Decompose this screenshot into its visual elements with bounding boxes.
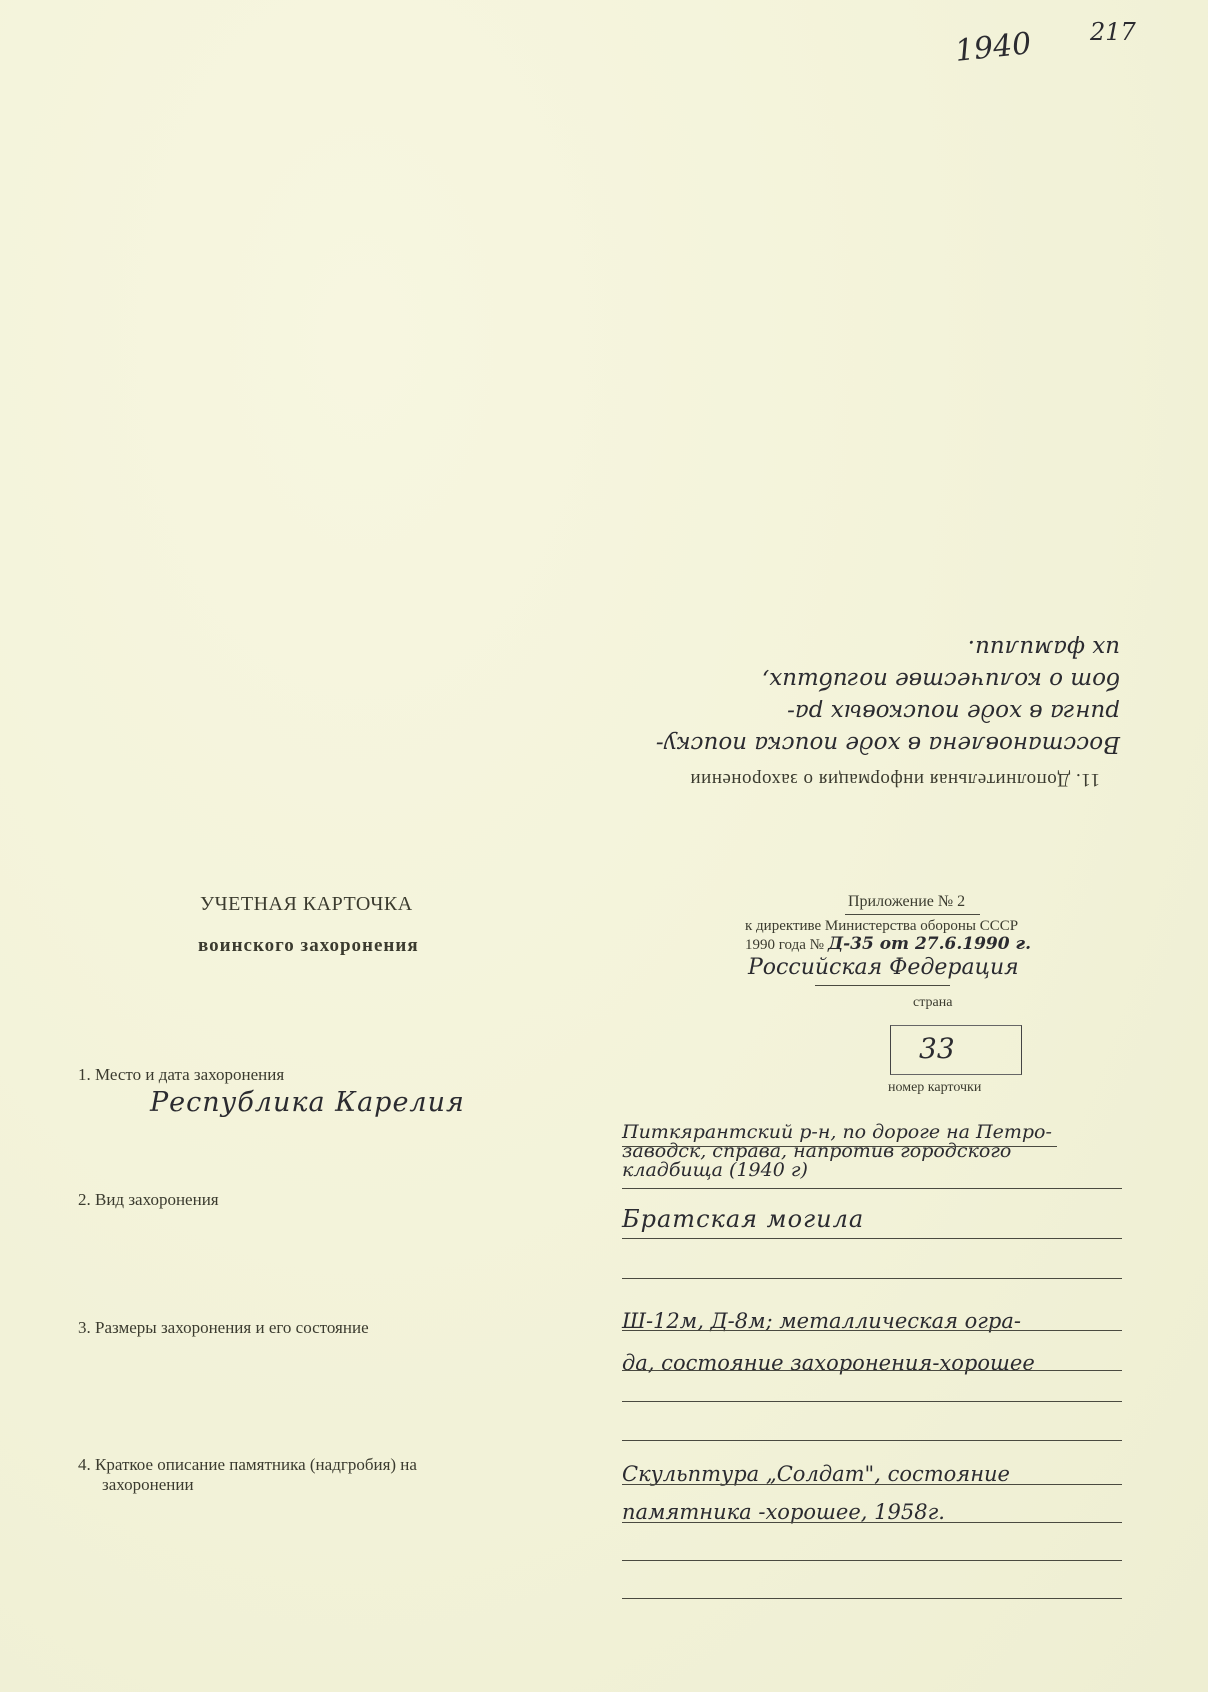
burial-location: Питкярантский р-н, по дороге на Петро- з…: [622, 1123, 1052, 1180]
field-4-label-line: 4. Краткое описание памятника (надгробия…: [78, 1455, 417, 1475]
field-3-value: Ш-12м, Д-8м; металлическая огра- да, сос…: [622, 1300, 1035, 1384]
field-4-value-line: памятника -хорошее, 1958г.: [622, 1493, 1010, 1531]
field-4-rule-4: [622, 1598, 1122, 1599]
field-2-rule-2: [622, 1278, 1122, 1279]
additional-info-text: Восстановлена в ходе поиска поиску- ринг…: [656, 632, 1120, 760]
additional-info-line: Восстановлена в ходе поиска поиску-: [656, 728, 1120, 760]
directive-line: к директиве Министерства обороны СССР: [745, 918, 1018, 935]
appendix-underline: [845, 914, 980, 915]
field-2-rule-1: [622, 1238, 1122, 1239]
year-note: 1940: [953, 26, 1033, 69]
field-3-value-line: Ш-12м, Д-8м; металлическая огра-: [622, 1300, 1035, 1342]
field-3-rule-3: [622, 1401, 1122, 1402]
additional-info-line: бот о количестве погибших,: [656, 664, 1120, 696]
card-number-label: номер карточки: [888, 1080, 981, 1096]
field-4-label: 4. Краткое описание памятника (надгробия…: [78, 1455, 417, 1495]
location-rule-2: [622, 1188, 1122, 1189]
card-subtitle: воинского захоронения: [198, 935, 419, 957]
location-rule-1: [622, 1146, 1057, 1147]
field-3-value-line: да, состояние захоронения-хорошее: [622, 1342, 1035, 1384]
page-number: 217: [1090, 18, 1136, 46]
directive-handwritten: Д-35 от 27.6.1990 г.: [828, 934, 1031, 954]
field-4-rule-1: [622, 1484, 1122, 1485]
country-label: страна: [913, 995, 952, 1011]
field-3-rule-2: [622, 1370, 1122, 1371]
card-number-box: 33: [890, 1025, 1022, 1075]
additional-info-line: их фамилии.: [656, 632, 1120, 664]
field-2-label: 2. Вид захоронения: [78, 1190, 219, 1210]
card-number-value: 33: [919, 1032, 955, 1065]
field-4-label-line: захоронении: [78, 1475, 417, 1495]
additional-info-section: 11. Дополнительная информация о захороне…: [560, 620, 1140, 800]
field-2-value: Братская могила: [622, 1205, 864, 1233]
field-4-value-line: Скульптура „Солдат", состояние: [622, 1455, 1010, 1493]
field-4-value: Скульптура „Солдат", состояние памятника…: [622, 1455, 1010, 1531]
burial-location-line: кладбища (1940 г): [622, 1161, 1052, 1180]
field-4-rule-2: [622, 1522, 1122, 1523]
field-3-label: 3. Размеры захоронения и его состояние: [78, 1318, 369, 1338]
appendix-label: Приложение № 2: [848, 893, 965, 911]
field-3-rule-4: [622, 1440, 1122, 1441]
directive-prefix: 1990 года №: [745, 937, 824, 953]
card-title: УЧЕТНАЯ КАРТОЧКА: [200, 893, 413, 916]
additional-info-heading: 11. Дополнительная информация о захороне…: [690, 768, 1100, 790]
country-value: Российская Федерация: [748, 955, 1019, 980]
additional-info-line: ринга в ходе поисковых ра-: [656, 696, 1120, 728]
field-4-rule-3: [622, 1560, 1122, 1561]
field-1-label: 1. Место и дата захоронения: [78, 1065, 284, 1085]
directive-number-line: 1990 года № Д-35 от 27.6.1990 г.: [745, 934, 1031, 954]
field-1-value: Республика Карелия: [150, 1087, 465, 1118]
field-3-rule-1: [622, 1330, 1122, 1331]
country-underline: [815, 985, 950, 986]
